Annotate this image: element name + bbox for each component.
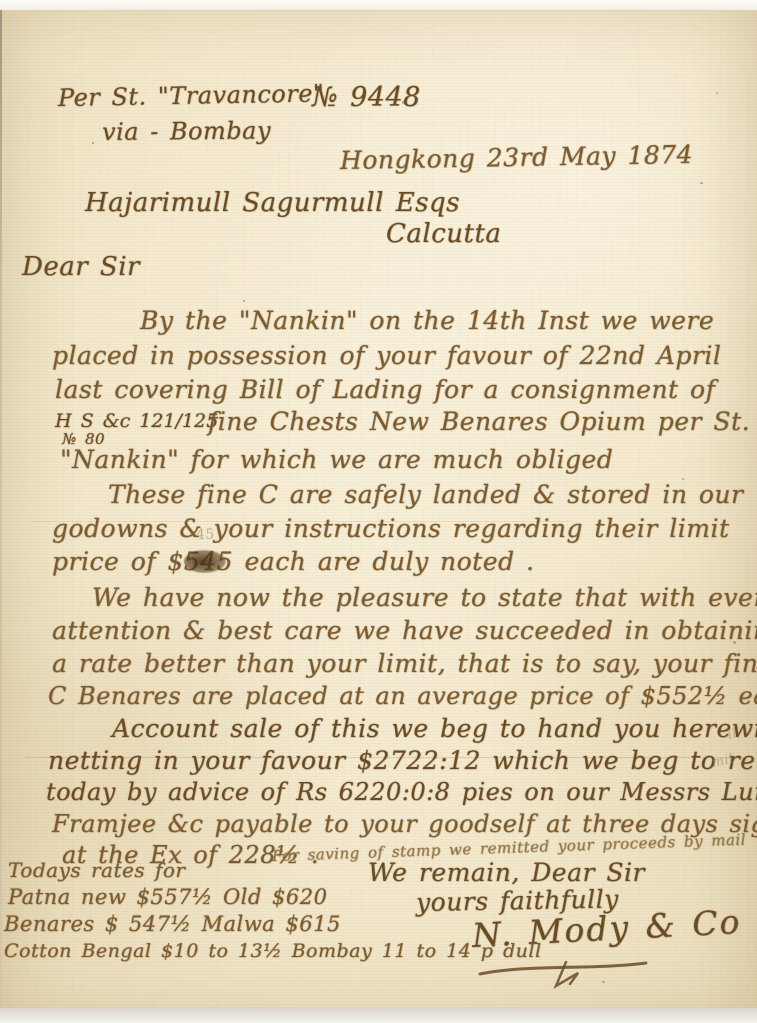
body-line: a rate better than your limit, that is t… [52, 649, 757, 678]
salutation: Dear Sir [22, 252, 140, 282]
rates-cotton: Cotton Bengal $10 to 13½ Bombay 11 to 14… [4, 940, 542, 962]
ship-route-line2: via - Bombay [102, 117, 271, 146]
body-line: netting in your favour $2722:12 which we… [48, 746, 757, 775]
body-line: These fine C are safely landed & stored … [108, 480, 743, 509]
recipient-city: Calcutta [386, 219, 501, 249]
letter-page: Per St. "Travancore" via - Bombay № 9448… [0, 0, 757, 1023]
closing-line1: We remain, Dear Sir [368, 858, 645, 887]
rates-benares: Benares $ 547½ Malwa $615 [4, 912, 341, 936]
body-line: placed in possession of your favour of 2… [52, 341, 721, 370]
letter-number: № 9448 [312, 82, 421, 113]
ship-route-line1: Per St. "Travancore" [58, 79, 325, 112]
ink-blot [184, 550, 226, 573]
rates-patna: Patna new $557½ Old $620 [8, 885, 327, 909]
body-line: We have now the pleasure to state that w… [92, 583, 757, 612]
rates-title: Todays rates for [8, 858, 185, 882]
body-line: today by advice of Rs 6220:0:8 pies on o… [46, 778, 757, 806]
recipient-name: Hajarimull Sagurmull Esqs [85, 188, 460, 218]
body-line: last covering Bill of Lading for a consi… [55, 375, 715, 404]
dateline: Hongkong 23rd May 1874 [340, 140, 694, 175]
body-line: C Benares are placed at an average price… [48, 682, 757, 710]
paper-speck [716, 92, 718, 94]
body-line: fine Chests New Benares Opium per St. [208, 407, 750, 436]
scan-edge-bottom [0, 1008, 757, 1023]
paper-speck [243, 300, 245, 302]
price-correction-annotation: 45 [196, 527, 215, 543]
body-line: godowns & your instructions regarding th… [52, 514, 730, 543]
scan-edge-left [0, 10, 2, 1008]
body-line: By the "Nankin" on the 14th Inst we were [140, 306, 714, 335]
paper-speck [92, 142, 94, 144]
body-line: attention & best care we have succeeded … [52, 616, 757, 645]
body-line: Account sale of this we beg to hand you … [112, 714, 757, 743]
scan-edge-top [0, 0, 757, 11]
paper-speck [700, 182, 703, 184]
chest-marks-annotation: H S &c 121/125 [55, 410, 218, 432]
body-line: price of $545 each are duly noted . [52, 547, 534, 576]
signature-flourish [474, 958, 654, 992]
body-line: "Nankin" for which we are much obliged [60, 445, 613, 474]
